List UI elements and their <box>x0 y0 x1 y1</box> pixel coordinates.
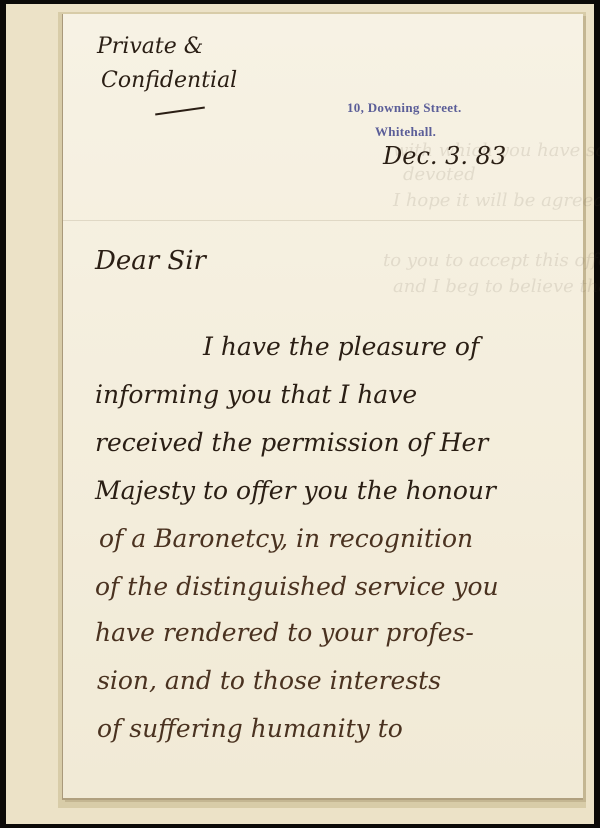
letter-sheet: with which you have so actively devoted … <box>62 14 583 800</box>
bleed-through-line: I hope it will be agreeable <box>393 190 600 211</box>
letter-date: Dec. 3. 83 <box>383 142 506 170</box>
annotation-private: Private & <box>97 34 203 59</box>
body-line: sion, and to those interests <box>97 666 441 695</box>
body-line: have rendered to your profes- <box>95 618 474 647</box>
letterhead-address: 10, Downing Street. <box>347 100 462 116</box>
mat-board: with which you have so actively devoted … <box>6 4 594 824</box>
body-line: informing you that I have <box>95 380 417 409</box>
bleed-through-line: and I beg to believe that <box>393 276 600 297</box>
salutation: Dear Sir <box>95 246 206 276</box>
body-line: of a Baronetcy, in recognition <box>99 524 473 553</box>
body-line: Majesty to offer you the honour <box>95 476 496 505</box>
annotation-underline <box>155 107 205 116</box>
body-line: of suffering humanity to <box>97 714 403 743</box>
bleed-through-line: to you to accept this offer <box>383 250 600 271</box>
body-line: I have the pleasure of <box>203 332 479 361</box>
letterhead-locality: Whitehall. <box>375 124 436 140</box>
body-line: received the permission of Her <box>95 428 488 457</box>
body-line: of the distinguished service you <box>95 572 499 601</box>
fold-line <box>63 220 583 221</box>
annotation-confidential: Confidential <box>101 68 237 93</box>
